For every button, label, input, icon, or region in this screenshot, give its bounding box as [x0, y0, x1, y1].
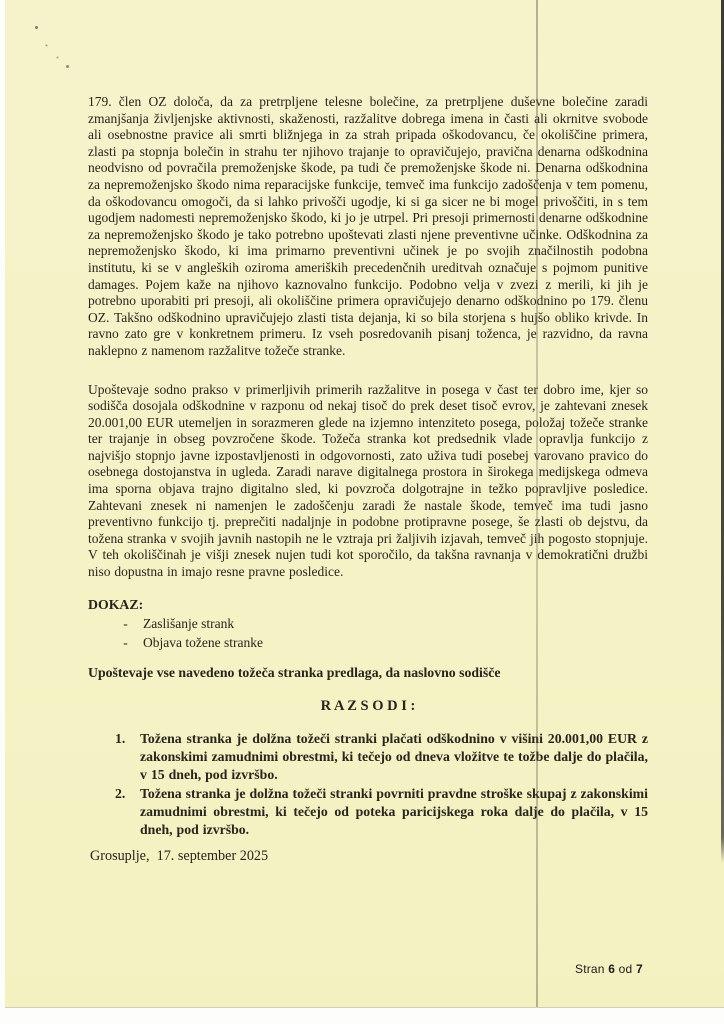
- ruling-item-number: 1.: [115, 730, 140, 785]
- document-body: 179. člen OZ določa, da za pretrpljene t…: [88, 94, 648, 865]
- scanned-document-page: 179. člen OZ določa, da za pretrpljene t…: [0, 0, 724, 1024]
- ruling-item: 2. Tožena stranka je dolžna tožeči stran…: [88, 785, 648, 840]
- ruling-item-text: Tožena stranka je dolžna tožeči stranki …: [140, 730, 648, 785]
- footer-page-number: 6: [608, 962, 615, 976]
- paper-fold-line: [536, 0, 538, 1007]
- ruling-heading: R A Z S O D I :: [88, 698, 648, 715]
- legal-paragraph-1: 179. člen OZ določa, da za pretrpljene t…: [88, 94, 648, 360]
- evidence-item: - Zaslišanje strank: [88, 615, 648, 634]
- footer-page-word: Stran: [575, 962, 605, 976]
- evidence-item-label: Zaslišanje strank: [143, 615, 234, 634]
- ruling-list: 1. Tožena stranka je dolžna tožeči stran…: [88, 730, 648, 839]
- footer-total-pages: 7: [636, 962, 643, 976]
- ruling-item-number: 2.: [115, 785, 140, 840]
- legal-paragraph-2: Upoštevaje sodno prakso v primerljivih p…: [88, 382, 648, 581]
- paper-sheet: 179. člen OZ določa, da za pretrpljene t…: [5, 0, 724, 1008]
- place-and-date: Grosuplje, 17. september 2025: [90, 848, 648, 865]
- ruling-item: 1. Tožena stranka je dolžna tožeči stran…: [88, 730, 648, 785]
- evidence-item: - Objava tožene stranke: [88, 634, 648, 653]
- scan-speckles: [35, 26, 38, 29]
- evidence-heading: DOKAZ:: [88, 597, 648, 614]
- footer-of-word: od: [619, 962, 633, 976]
- ruling-item-text: Tožena stranka je dolžna tožeči stranki …: [140, 785, 648, 840]
- dash-bullet: -: [108, 615, 143, 634]
- dash-bullet: -: [108, 634, 143, 653]
- page-footer: Stran 6 od 7: [575, 962, 655, 976]
- proposal-statement: Upoštevaje vse navedeno tožeča stranka p…: [88, 665, 648, 682]
- evidence-item-label: Objava tožene stranke: [143, 634, 263, 653]
- evidence-list: - Zaslišanje strank - Objava tožene stra…: [88, 615, 648, 653]
